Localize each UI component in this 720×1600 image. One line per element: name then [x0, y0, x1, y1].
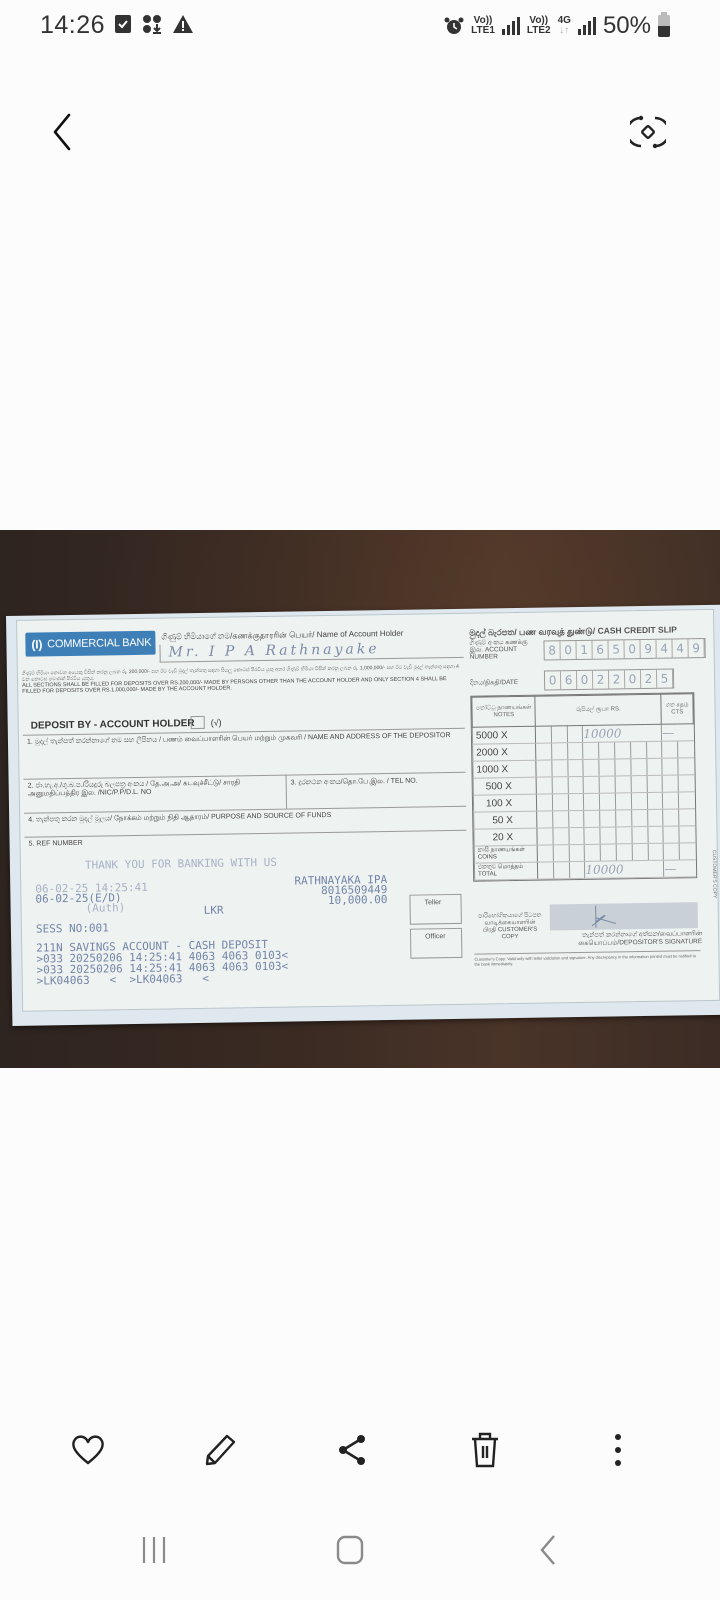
total-amount: 10000: [585, 860, 664, 878]
recents-button[interactable]: [130, 1528, 178, 1572]
denomination-label: 5000 X: [472, 726, 536, 744]
battery-icon: [658, 15, 670, 37]
account-digit: 5: [608, 640, 624, 658]
account-digit: 0: [624, 640, 640, 658]
date-digit: 2: [641, 670, 657, 688]
account-digit: 9: [688, 639, 704, 657]
recents-icon: [139, 1535, 169, 1565]
share-icon: [336, 1433, 368, 1467]
date-boxes: 0 6 0 2 2 0 2 5: [544, 669, 674, 691]
auto-rotate-icon: [630, 114, 666, 150]
system-status-icons: Vo))LTE1 Vo))LTE2 4G↓↑ 50%: [444, 12, 670, 40]
auto-rotate-button[interactable]: [626, 110, 670, 154]
deposit-by-label: DEPOSIT BY - ACCOUNT HOLDER: [31, 718, 195, 732]
account-digit: 1: [576, 641, 592, 659]
bank-logo: (I) COMMERCIAL BANK: [25, 631, 155, 657]
bank-logo-mark: (I): [31, 637, 42, 651]
depositor-signature-label: තැන්පත් කරන්නාගේ අත්සන/வைப்பாளரின் கையொப…: [562, 930, 702, 948]
nic-field: 2. ජා.හැ.අ./ගු.බ.ප./රියදුරු බලපත්‍ර අංකය…: [24, 775, 287, 813]
delete-button[interactable]: [461, 1426, 509, 1474]
notes-header: නෝට්ටු நாணயங்கள் NOTES: [472, 696, 536, 727]
denomination-table: නෝට්ටු நாணயங்கள் NOTES රුපියල් ரூபா RS. …: [470, 692, 697, 881]
trash-icon: [469, 1432, 501, 1468]
denomination-label: 500 X: [473, 777, 537, 795]
home-icon: [334, 1534, 366, 1566]
viewer-top-bar: [0, 96, 720, 168]
volte-lte1-icon: Vo))LTE1: [471, 16, 495, 36]
favorite-button[interactable]: [64, 1426, 112, 1474]
status-bar: 14:26 Vo))LTE1 Vo))LTE2 4G↓↑ 50%: [0, 0, 720, 56]
download-notification-icon: [142, 14, 162, 34]
photo-action-bar: [0, 1420, 720, 1480]
teller-label: Teller: [425, 899, 442, 906]
more-options-button[interactable]: [594, 1426, 642, 1474]
denomination-header: නෝට්ටු நாணயங்கள் NOTES රුපියල් ரூபா RS. …: [472, 694, 693, 727]
slip-side-code: CUSTOMER'S COPY: [711, 850, 718, 898]
officer-label: Officer: [425, 933, 446, 940]
rs-header: රුපියල් ரூபா RS.: [535, 694, 661, 726]
total-cts: —: [664, 860, 696, 877]
officer-box: Officer: [410, 928, 462, 959]
signal-icon: [502, 17, 520, 35]
depositor-signature-box: [550, 902, 698, 930]
slip-form: (I) COMMERCIAL BANK ගිණුම් හිමියාගේ නම/க…: [16, 609, 720, 1012]
account-digit: 4: [656, 640, 672, 658]
total-row: එකතුව மொத்தம் TOTAL 10000 —: [474, 860, 695, 880]
date-digit: 0: [577, 671, 593, 689]
deposit-by-checkbox: [191, 716, 205, 729]
account-digit: 9: [640, 640, 656, 658]
volte-lte2-icon: Vo))LTE2: [527, 16, 551, 36]
date-label: දිනය/திகதி/DATE: [470, 679, 518, 688]
heart-icon: [70, 1434, 106, 1466]
account-number-label: ගිණුම් අංකය கணக்கு இல. ACCOUNT NUMBER: [469, 639, 539, 661]
total-label: එකතුව மொத்தம் TOTAL: [474, 862, 538, 880]
receipt-currency: LKR: [204, 905, 224, 916]
pencil-icon: [203, 1433, 237, 1467]
date-digit: 6: [561, 671, 577, 689]
account-number-boxes: 8 0 1 6 5 0 9 4 4 9: [543, 638, 705, 661]
denomination-label: 2000 X: [473, 743, 537, 761]
teller-box: Teller: [409, 894, 461, 925]
depositor-name-field: 1. මුදල් තැන්පත් කරන්නාගේ නම සහ ලිපිනය /…: [23, 728, 466, 779]
account-holder-field: Mr. I P A Rathnayake: [159, 640, 463, 663]
cts-header: ශත சதம் CTS: [661, 694, 693, 724]
denomination-label: 50 X: [474, 811, 538, 829]
slip-fine-print: Customer's Copy: Valid only with teller …: [474, 950, 700, 967]
account-digit: 0: [560, 641, 576, 659]
date-digit: 0: [625, 670, 641, 688]
signature-scribble: [586, 903, 646, 930]
account-holder-value: Mr. I P A Rathnayake: [168, 641, 379, 660]
date-digit: 2: [609, 670, 625, 688]
account-digit: 6: [592, 641, 608, 659]
receipt-thanks: THANK YOU FOR BANKING WITH US: [27, 854, 467, 872]
signal-icon: [578, 17, 596, 35]
denomination-label: 100 X: [473, 794, 537, 812]
receipt-amount: 10,000.00: [328, 894, 388, 906]
home-button[interactable]: [326, 1528, 374, 1572]
denomination-label: 1000 X: [473, 760, 537, 778]
checkbox-notification-icon: [114, 14, 132, 34]
tel-field: 3. දුරකථන අංකය/தொ.பே.இல. / TEL NO.: [286, 772, 467, 809]
photo-viewer-image[interactable]: (I) COMMERCIAL BANK ගිණුම් හිමියාගේ නම/க…: [0, 530, 720, 1068]
validation-print: THANK YOU FOR BANKING WITH US 06-02-25 1…: [27, 854, 469, 987]
denomination-cts: —: [662, 724, 694, 741]
back-chevron-icon: [50, 112, 74, 152]
cash-credit-slip-title: මුදල් බැරපත/ பண வரவுத் துண்டு/ CASH CRED…: [469, 624, 677, 639]
date-digit: 5: [657, 670, 673, 688]
deposit-by-tick: (√): [211, 718, 222, 728]
warning-icon: [172, 14, 194, 34]
denomination-label: 20 X: [474, 828, 538, 846]
notification-icons: [114, 14, 194, 34]
edit-button[interactable]: [196, 1426, 244, 1474]
more-vertical-icon: [613, 1433, 623, 1467]
date-digit: 0: [545, 671, 561, 689]
account-digit: 8: [544, 641, 560, 659]
account-digit: 4: [672, 639, 688, 657]
receipt-auth: (Auth): [86, 902, 126, 914]
bank-name: COMMERCIAL BANK: [47, 637, 151, 651]
alarm-icon: [444, 16, 464, 36]
back-nav-button[interactable]: [524, 1528, 572, 1572]
cash-credit-slip: (I) COMMERCIAL BANK ගිණුම් හිමියාගේ නම/க…: [6, 605, 720, 1026]
back-icon: [538, 1534, 558, 1566]
coins-label: කාසි நாணயங்கள் COINS: [474, 845, 538, 863]
system-navigation-bar: [0, 1520, 720, 1580]
denomination-amount: 10000: [583, 724, 662, 742]
back-button[interactable]: [40, 110, 84, 154]
date-digit: 2: [593, 671, 609, 689]
customer-copy-label: පාරිභෝගිකයාගේ පිටපත வாடிக்கையாளரின் பிரத…: [478, 913, 542, 942]
4g-data-icon: 4G↓↑: [558, 16, 571, 36]
slip-instructions: ගිණුම් හිමියා නොවන අයෙකු විසින් කරනු ලබන…: [22, 664, 464, 695]
battery-percent: 50%: [603, 12, 651, 40]
receipt-header: 06-02-25 14:25:41 06-02-25(E/D) (Auth) L…: [27, 873, 468, 924]
status-time: 14:26: [40, 11, 105, 40]
share-button[interactable]: [328, 1426, 376, 1474]
